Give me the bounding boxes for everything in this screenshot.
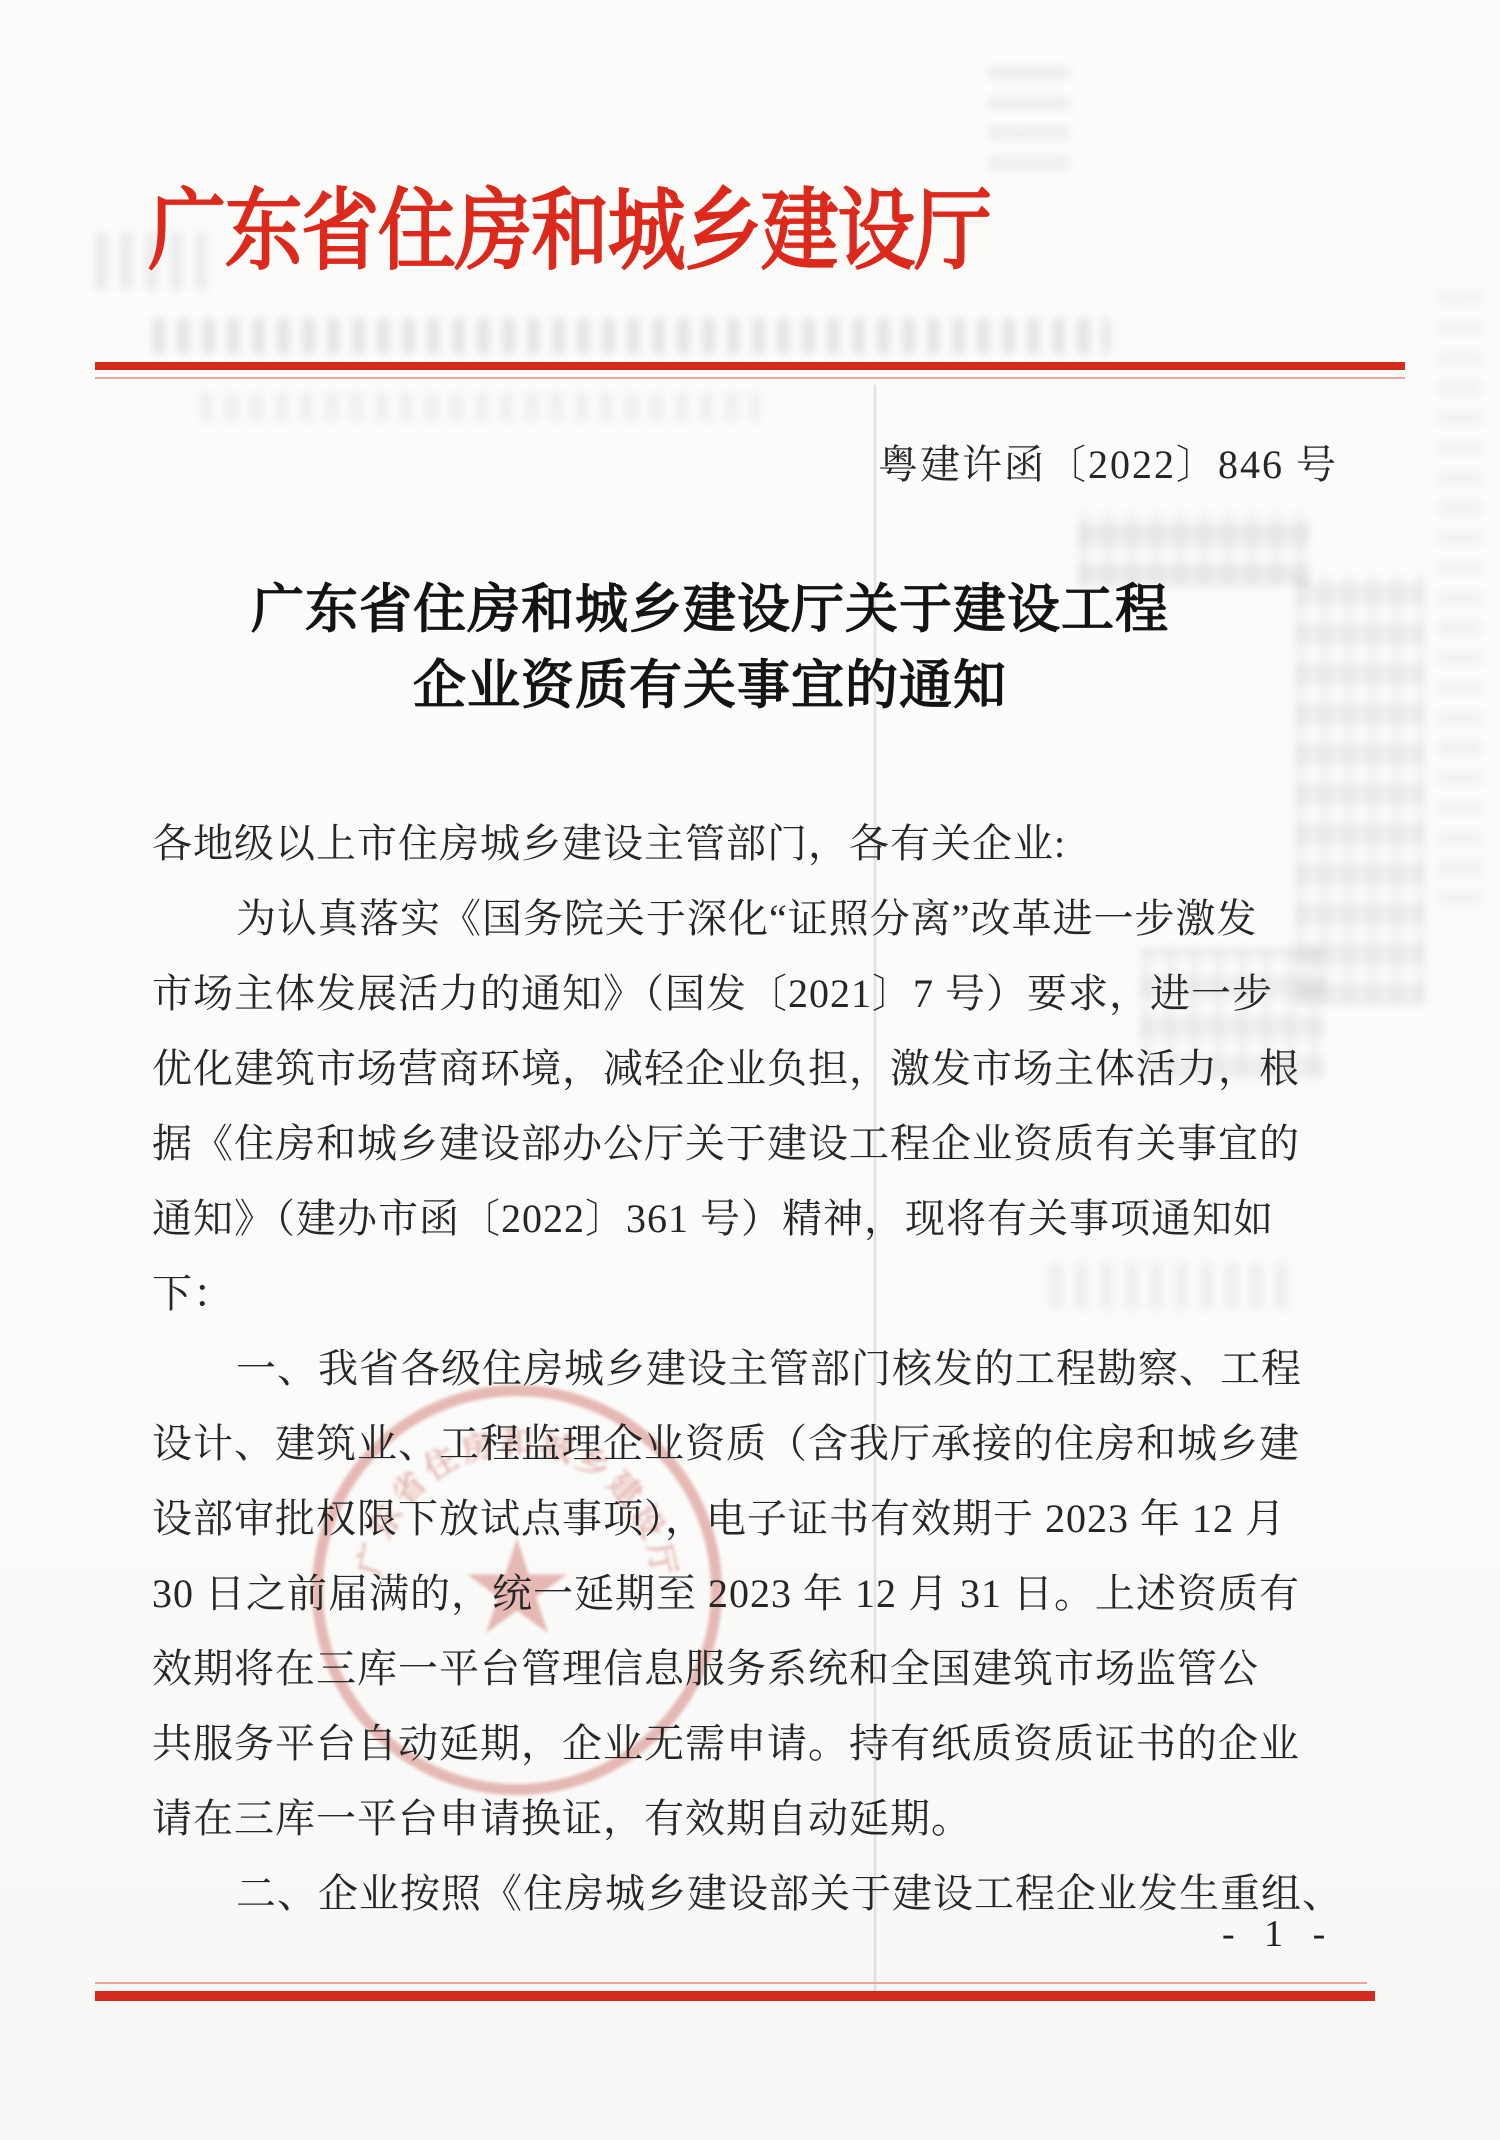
body-line: 下： — [152, 1256, 1302, 1331]
notice-body: 为认真落实《国务院关于深化“证照分离”改革进一步激发 市场主体发展活力的通知》（… — [152, 881, 1302, 1931]
body-line: 共服务平台自动延期，企业无需申请。持有纸质资质证书的企业 — [152, 1706, 1302, 1781]
footer-rule-thin — [95, 1982, 1367, 1984]
body-line: 一、我省各级住房城乡建设主管部门核发的工程勘察、工程 — [152, 1331, 1302, 1406]
letterhead-title: 广东省住房和城乡建设厅 — [148, 160, 990, 288]
notice-title: 广东省住房和城乡建设厅关于建设工程 企业资质有关事宜的通知 — [130, 572, 1290, 724]
body-line: 为认真落实《国务院关于深化“证照分离”改革进一步激发 — [152, 881, 1302, 956]
notice-title-line-1: 广东省住房和城乡建设厅关于建设工程 — [130, 572, 1290, 648]
notice-title-line-2: 企业资质有关事宜的通知 — [130, 648, 1290, 724]
header-rule-thick — [95, 362, 1405, 370]
salutation: 各地级以上市住房城乡建设主管部门，各有关企业: — [152, 806, 1302, 881]
header-rule-thin — [95, 377, 1405, 379]
body-line: 通知》（建办市函〔2022〕361 号）精神，现将有关事项通知如 — [152, 1181, 1302, 1256]
body-line: 市场主体发展活力的通知》（国发〔2021〕7 号）要求，进一步 — [152, 956, 1302, 1031]
body-line: 请在三库一平台申请换证，有效期自动延期。 — [152, 1781, 1302, 1856]
body-line: 效期将在三库一平台管理信息服务系统和全国建筑市场监管公 — [152, 1631, 1302, 1706]
bleedthrough-artifact — [200, 392, 760, 422]
bleedthrough-artifact — [152, 318, 1110, 354]
page-number: - 1 - — [1222, 1912, 1335, 1956]
body-line: 设部审批权限下放试点事项），电子证书有效期于 2023 年 12 月 — [152, 1481, 1302, 1556]
document-number: 粤建许函〔2022〕846 号 — [878, 437, 1338, 493]
body-line: 据《住房和城乡建设部办公厅关于建设工程企业资质有关事宜的 — [152, 1106, 1302, 1181]
body-line: 30 日之前届满的，统一延期至 2023 年 12 月 31 日。上述资质有 — [152, 1556, 1302, 1631]
scanned-document-page: 广东省住房和城乡建设厅 粤建许函〔2022〕846 号 广东省住房和城乡建设厅关… — [0, 0, 1500, 2140]
footer-rule-thick — [95, 1991, 1375, 2001]
body-line: 二、企业按照《住房城乡建设部关于建设工程企业发生重组、 — [152, 1856, 1302, 1931]
body-line: 优化建筑市场营商环境，减轻企业负担，激发市场主体活力，根 — [152, 1031, 1302, 1106]
bleedthrough-artifact — [1295, 575, 1425, 1005]
bleedthrough-artifact — [1438, 285, 1482, 905]
body-line: 设计、建筑业、工程监理企业资质（含我厅承接的住房和城乡建 — [152, 1406, 1302, 1481]
bleedthrough-artifact — [988, 52, 1070, 170]
